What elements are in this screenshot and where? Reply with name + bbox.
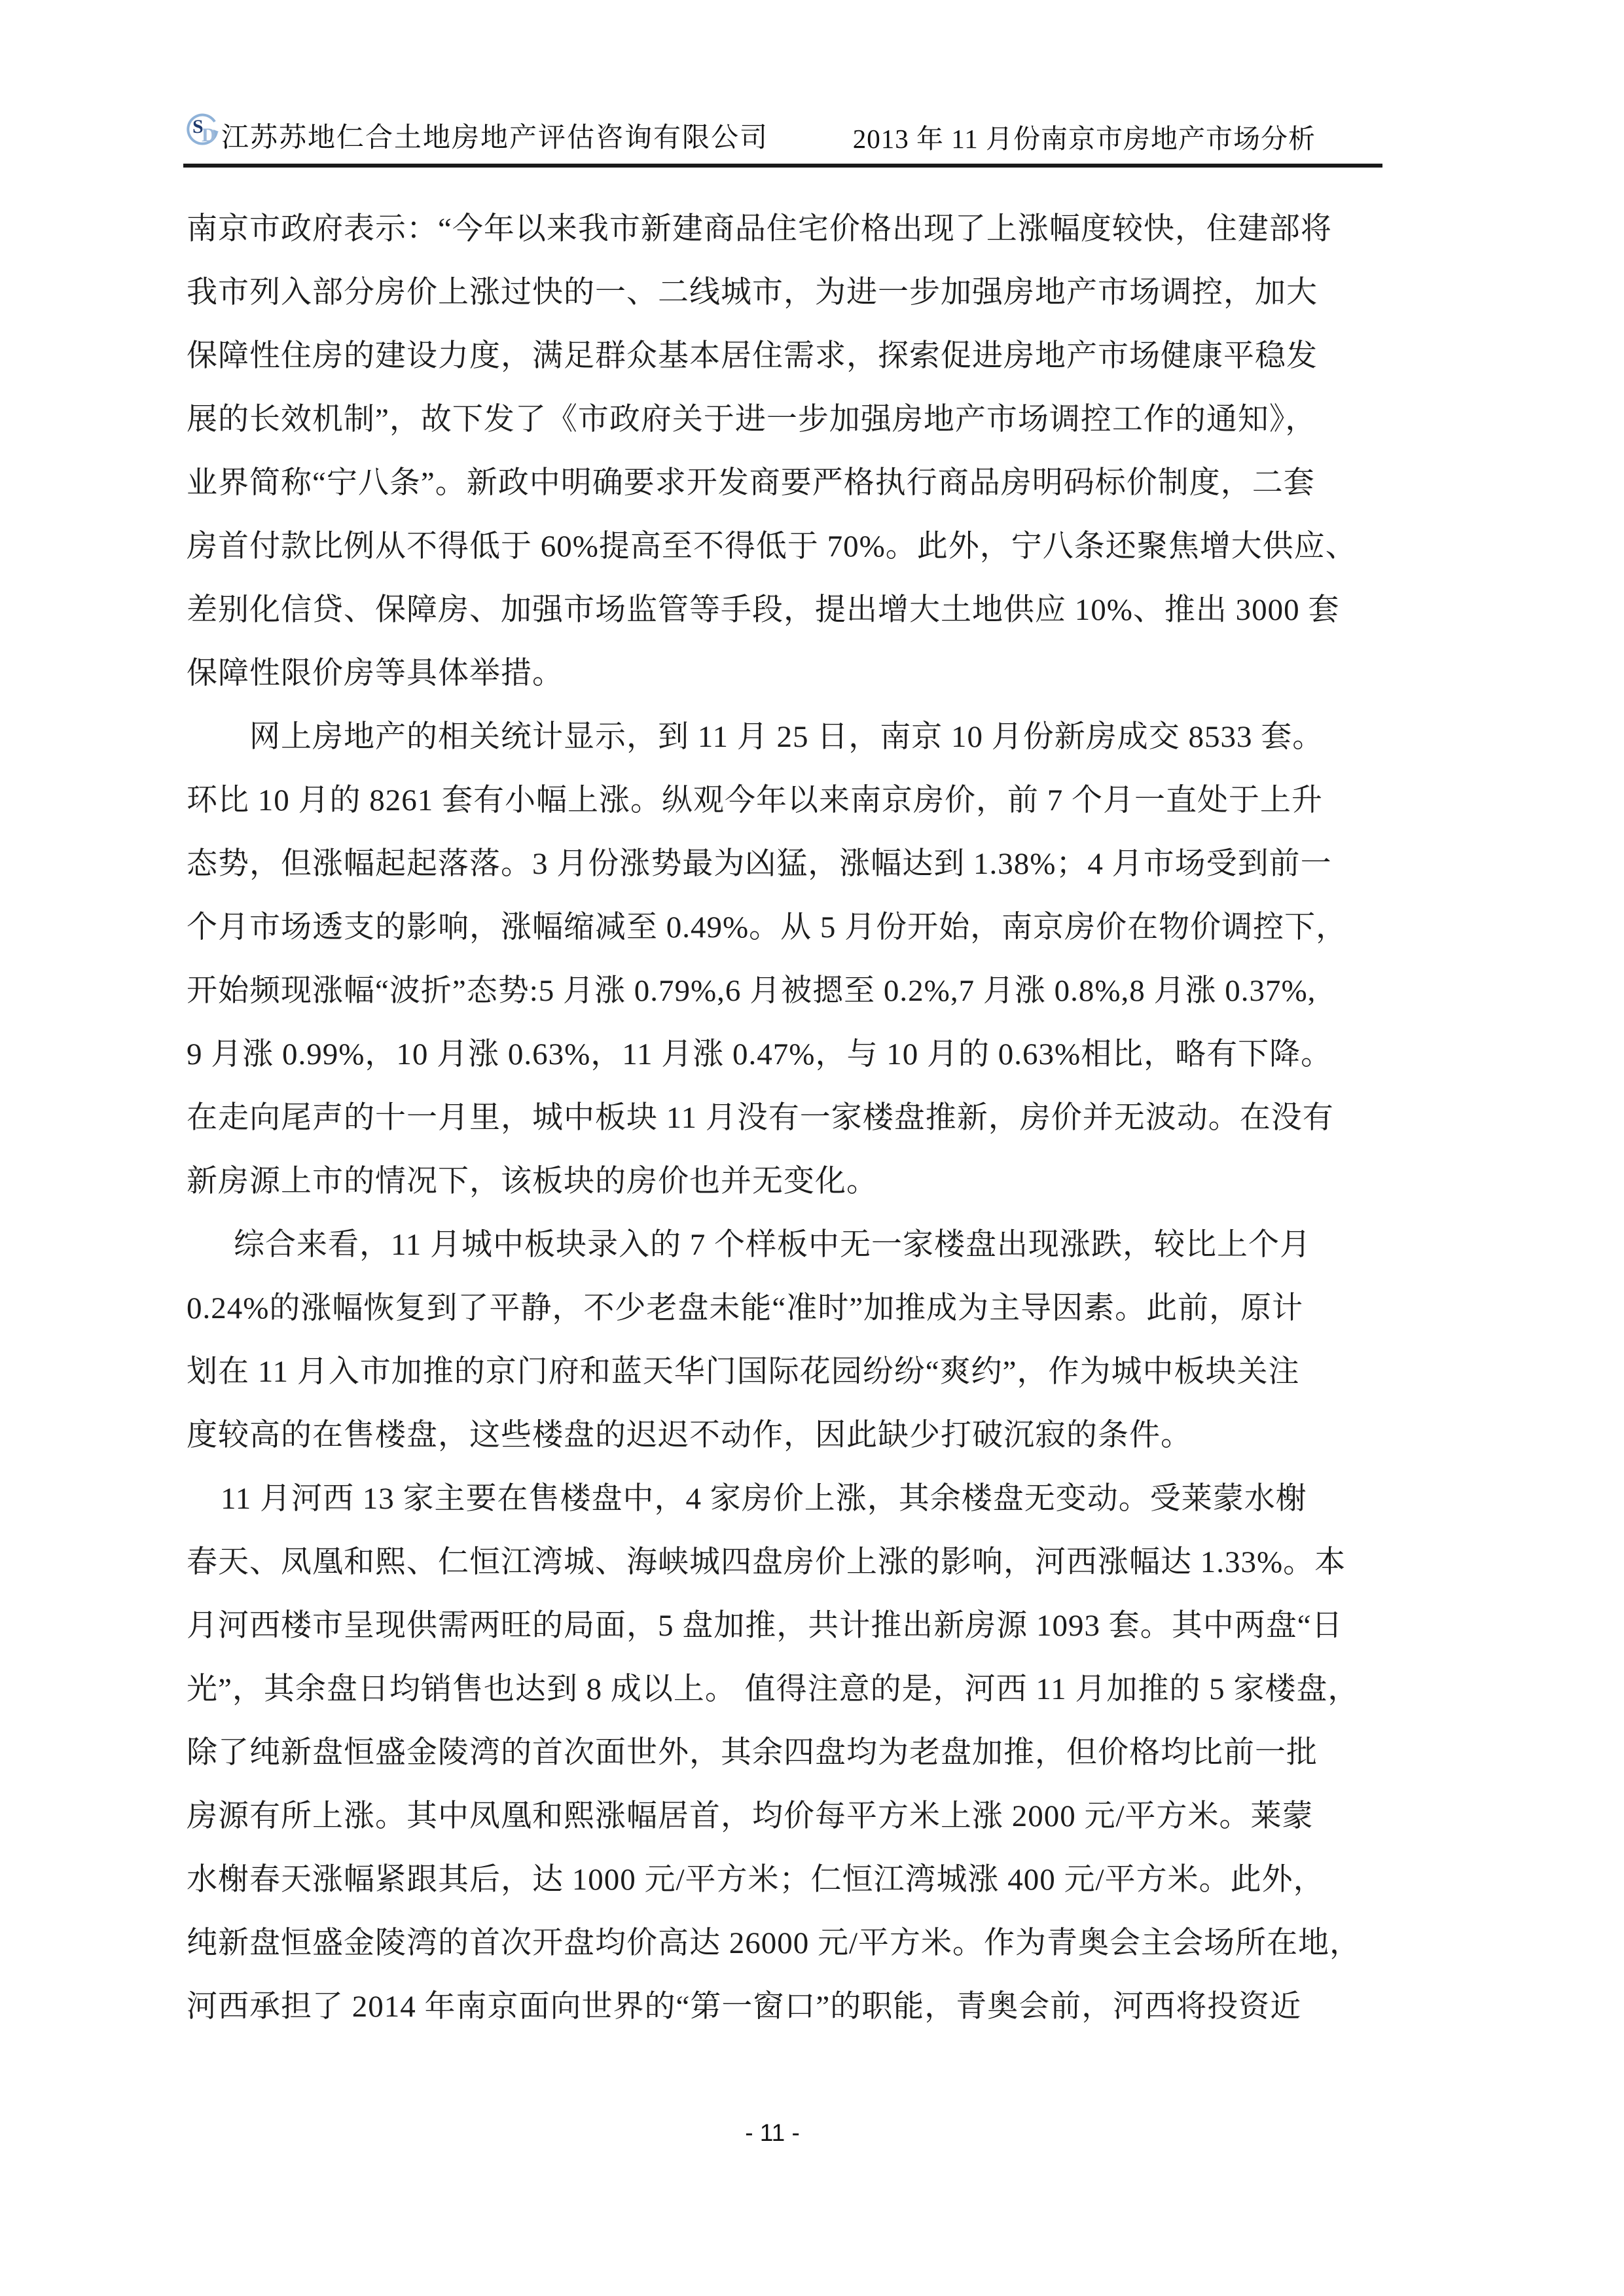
body-line: 在走向尾声的十一月里，城中板块 11 月没有一家楼盘推新，房价并无波动。在没有 <box>187 1086 1427 1150</box>
body-line: 11 月河西 13 家主要在售楼盘中，4 家房价上涨，其余楼盘无变动。受莱蒙水榭 <box>187 1467 1427 1531</box>
header-divider <box>183 164 1382 168</box>
body-line: 房源有所上涨。其中凤凰和熙涨幅居首，均价每平方米上涨 2000 元/平方米。莱蒙 <box>187 1785 1427 1848</box>
company-name: 江苏苏地仁合土地房地产评估咨询有限公司 <box>221 116 768 155</box>
body-line: 新房源上市的情况下，该板块的房价也并无变化。 <box>187 1150 1427 1213</box>
body-line: 差别化信贷、保障房、加强市场监管等手段，提出增大土地供应 10%、推出 3000… <box>187 579 1427 642</box>
page-footer: - 11 - <box>187 2119 1358 2147</box>
body-line: 业界简称“宁八条”。新政中明确要求开发商要严格执行商品房明码标价制度，二套 <box>187 452 1427 515</box>
document-body: 南京市政府表示：“今年以来我市新建商品住宅价格出现了上涨幅度较快，住建部将 我市… <box>187 198 1427 2039</box>
body-line: 9 月涨 0.99%，10 月涨 0.63%，11 月涨 0.47%，与 10 … <box>187 1023 1427 1086</box>
body-line: 度较高的在售楼盘，这些楼盘的迟迟不动作，因此缺少打破沉寂的条件。 <box>187 1404 1427 1467</box>
body-line: 划在 11 月入市加推的京门府和蓝天华门国际花园纷纷“爽约”，作为城中板块关注 <box>187 1340 1427 1404</box>
logo-letter-d: D <box>202 124 216 146</box>
body-line: 河西承担了 2014 年南京面向世界的“第一窗口”的职能，青奥会前，河西将投资近 <box>187 1975 1427 2039</box>
document-page: S D 江苏苏地仁合土地房地产评估咨询有限公司 2013 年 11 月份南京市房… <box>0 0 1624 2296</box>
body-line: 南京市政府表示：“今年以来我市新建商品住宅价格出现了上涨幅度较快，住建部将 <box>187 198 1427 261</box>
body-line: 0.24%的涨幅恢复到了平静，不少老盘未能“准时”加推成为主导因素。此前，原计 <box>187 1277 1427 1340</box>
body-line: 房首付款比例从不得低于 60%提高至不得低于 70%。此外，宁八条还聚焦增大供应… <box>187 515 1427 579</box>
body-line: 纯新盘恒盛金陵湾的首次开盘均价高达 26000 元/平方米。作为青奥会主会场所在… <box>187 1912 1427 1975</box>
report-title: 2013 年 11 月份南京市房地产市场分析 <box>853 117 1316 156</box>
body-line: 我市列入部分房价上涨过快的一、二线城市，为进一步加强房地产市场调控，加大 <box>187 261 1427 325</box>
body-line: 综合来看，11 月城中板块录入的 7 个样板中无一家楼盘出现涨跌，较比上个月 <box>187 1213 1427 1277</box>
body-line: 保障性住房的建设力度，满足群众基本居住需求，探索促进房地产市场健康平稳发 <box>187 325 1427 388</box>
body-line: 个月市场透支的影响，涨幅缩减至 0.49%。从 5 月份开始，南京房价在物价调控… <box>187 896 1427 960</box>
body-line: 月河西楼市呈现供需两旺的局面，5 盘加推，共计推出新房源 1093 套。其中两盘… <box>187 1594 1427 1658</box>
body-line: 开始频现涨幅“波折”态势:5 月涨 0.79%,6 月被摁至 0.2%,7 月涨… <box>187 960 1427 1023</box>
body-line: 展的长效机制”，故下发了《市政府关于进一步加强房地产市场调控工作的通知》， <box>187 388 1427 452</box>
body-line: 水榭春天涨幅紧跟其后，达 1000 元/平方米；仁恒江湾城涨 400 元/平方米… <box>187 1848 1427 1912</box>
page-header: S D 江苏苏地仁合土地房地产评估咨询有限公司 2013 年 11 月份南京市房… <box>183 108 1384 157</box>
body-line: 环比 10 月的 8261 套有小幅上涨。纵观今年以来南京房价，前 7 个月一直… <box>187 769 1427 833</box>
body-line: 保障性限价房等具体举措。 <box>187 642 1427 706</box>
body-line: 光”，其余盘日均销售也达到 8 成以上。 值得注意的是，河西 11 月加推的 5… <box>187 1658 1427 1721</box>
body-line: 除了纯新盘恒盛金陵湾的首次面世外，其余四盘均为老盘加推，但价格均比前一批 <box>187 1721 1427 1785</box>
body-line: 态势，但涨幅起起落落。3 月份涨势最为凶猛，涨幅达到 1.38%；4 月市场受到… <box>187 833 1427 896</box>
page-number: - 11 - <box>745 2119 800 2146</box>
body-line: 网上房地产的相关统计显示，到 11 月 25 日，南京 10 月份新房成交 85… <box>187 706 1427 769</box>
company-logo-icon: S D <box>185 112 221 149</box>
body-line: 春天、凤凰和熙、仁恒江湾城、海峡城四盘房价上涨的影响，河西涨幅达 1.33%。本 <box>187 1531 1427 1594</box>
